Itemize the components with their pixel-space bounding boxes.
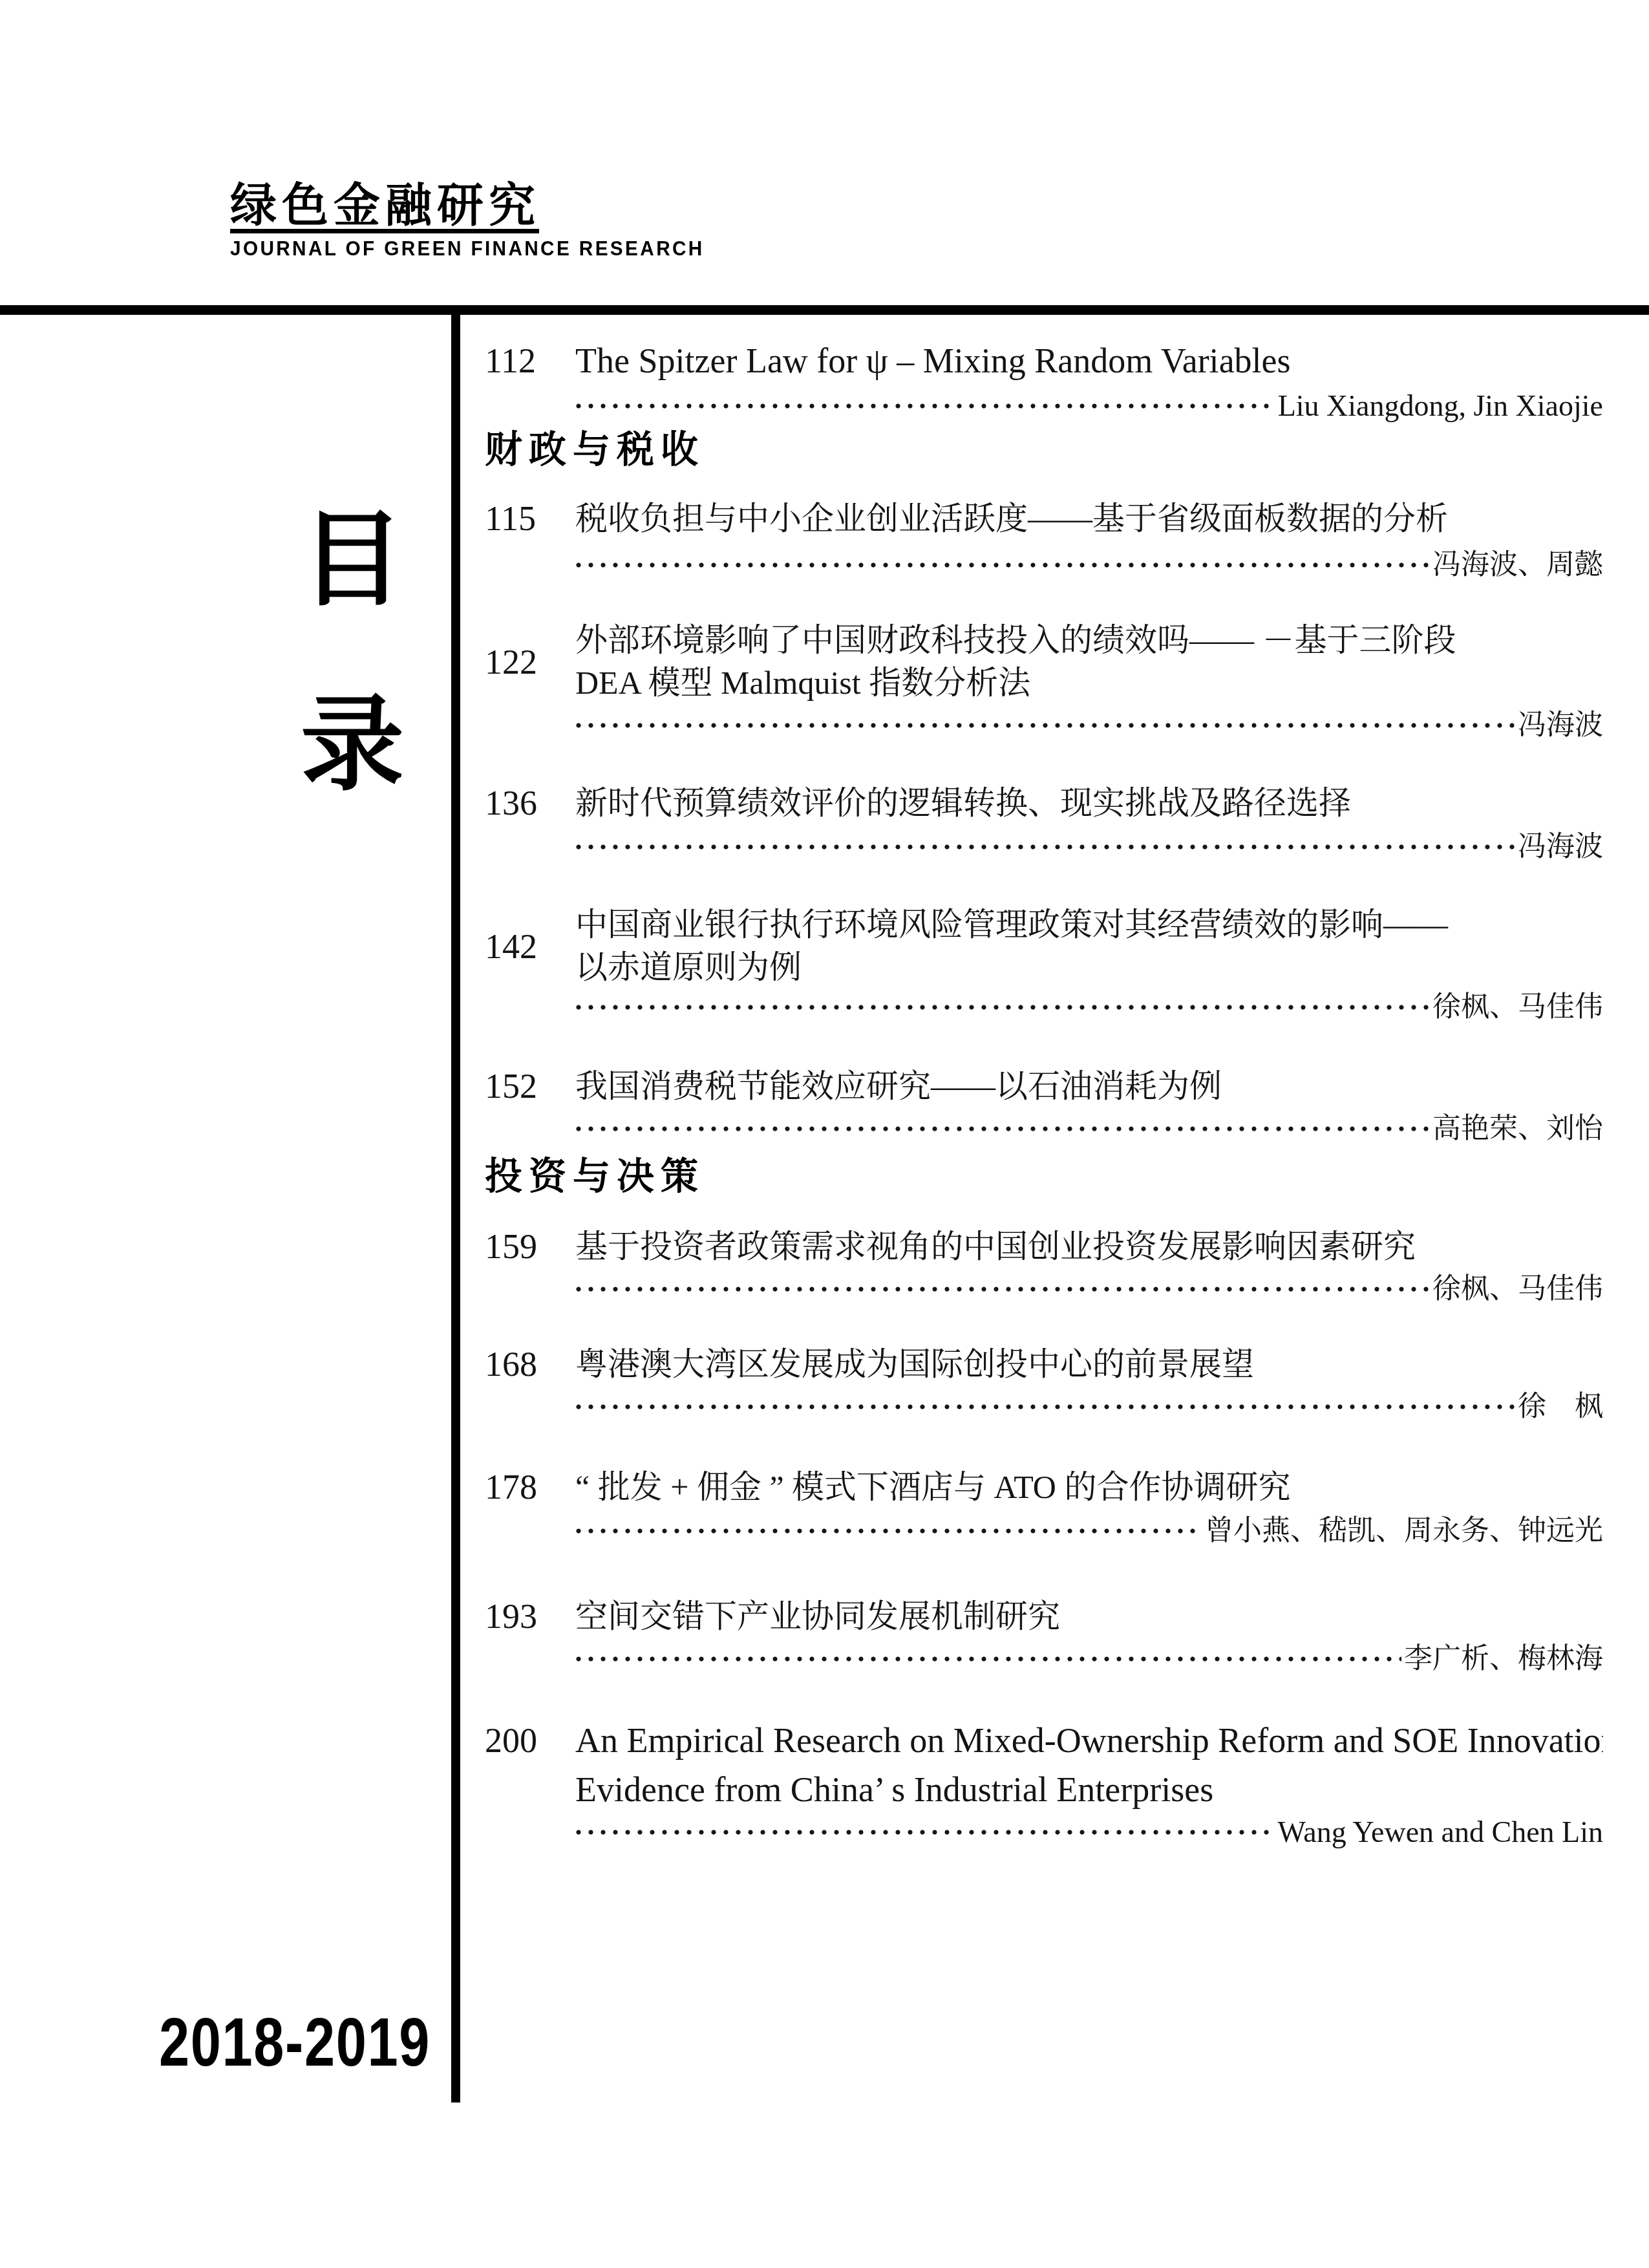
leader-dots: [575, 1655, 1401, 1663]
entry-authors: 徐 枫: [1518, 1389, 1603, 1425]
toc-section-header: 投资与决策: [485, 1156, 705, 1197]
leader-dots: [575, 1285, 1430, 1293]
entry-authors: 冯海波: [1518, 829, 1603, 865]
leader-dots: [575, 561, 1430, 569]
entry-leader-row: Wang Yewen and Chen Lin: [575, 1814, 1603, 1850]
entry-authors: 徐枫、马佳伟: [1432, 1271, 1603, 1307]
entry-page-number: 122: [485, 641, 569, 683]
entry-leader-row: 冯海波、周懿: [575, 547, 1603, 583]
entry-authors: 冯海波: [1518, 707, 1603, 744]
leader-dots: [575, 1403, 1515, 1411]
entry-leader-row: 李广析、梅林海: [575, 1641, 1603, 1677]
entry-title-line: An Empirical Research on Mixed-Ownership…: [575, 1720, 1603, 1761]
toc-section-header: 财政与税收: [485, 429, 705, 471]
entry-authors: 曾小燕、嵇凯、周永务、钟远光: [1205, 1513, 1603, 1549]
leader-dots: [575, 1003, 1430, 1011]
leader-dots: [575, 843, 1515, 851]
entry-leader-row: 徐 枫: [575, 1389, 1603, 1425]
entry-leader-row: 冯海波: [575, 829, 1603, 865]
entry-title-line: 外部环境影响了中国财政科技投入的绩效吗—— －基于三阶段: [575, 619, 1603, 661]
entry-page-number: 178: [485, 1466, 569, 1508]
entry-page-number: 159: [485, 1226, 569, 1267]
entry-title-line: 空间交错下产业协同发展机制研究: [575, 1596, 1603, 1637]
entry-page-number: 193: [485, 1596, 569, 1637]
leader-dots: [575, 1527, 1202, 1535]
entry-page-number: 142: [485, 926, 569, 967]
entry-authors: 徐枫、马佳伟: [1432, 989, 1603, 1025]
entry-authors: 李广析、梅林海: [1404, 1641, 1603, 1677]
entry-title-line: DEA 模型 Malmquist 指数分析法: [575, 662, 1603, 703]
entry-title-line: 中国商业银行执行环境风险管理政策对其经营绩效的影响——: [575, 904, 1603, 945]
entry-authors: Liu Xiangdong, Jin Xiaojie: [1278, 388, 1603, 424]
entry-page-number: 168: [485, 1343, 569, 1385]
contents-label-char-1: 目: [271, 508, 433, 612]
leader-dots: [575, 1828, 1275, 1836]
journal-toc-page: 绿色金融研究 JOURNAL OF GREEN FINANCE RESEARCH…: [0, 0, 1649, 2268]
entry-title-line: The Spitzer Law for ψ – Mixing Random Va…: [575, 340, 1603, 381]
leader-dots: [575, 1125, 1430, 1133]
entry-authors: 高艳荣、刘怡: [1432, 1111, 1603, 1147]
entry-page-number: 200: [485, 1720, 569, 1761]
entry-title-line: Evidence from China’ s Industrial Enterp…: [575, 1769, 1603, 1810]
entry-leader-row: 高艳荣、刘怡: [575, 1111, 1603, 1147]
entry-title-line: 粤港澳大湾区发展成为国际创投中心的前景展望: [575, 1343, 1603, 1385]
column-divider-line: [451, 305, 460, 2102]
toc-list: 112The Spitzer Law for ψ – Mixing Random…: [485, 0, 1603, 2268]
entry-leader-row: 冯海波: [575, 707, 1603, 744]
entry-page-number: 112: [485, 340, 569, 381]
entry-leader-row: 曾小燕、嵇凯、周永务、钟远光: [575, 1513, 1603, 1549]
entry-authors: 冯海波、周懿: [1432, 547, 1603, 583]
contents-label-char-2: 录: [271, 693, 433, 797]
entry-title-line: 基于投资者政策需求视角的中国创业投资发展影响因素研究: [575, 1226, 1603, 1267]
entry-title-line: 我国消费税节能效应研究——以石油消耗为例: [575, 1065, 1603, 1107]
entry-title-line: 新时代预算绩效评价的逻辑转换、现实挑战及路径选择: [575, 782, 1603, 824]
entry-leader-row: Liu Xiangdong, Jin Xiaojie: [575, 388, 1603, 424]
entry-title-line: 以赤道原则为例: [575, 947, 1603, 988]
year-range: 2018-2019: [159, 2008, 431, 2077]
entry-page-number: 115: [485, 498, 569, 539]
leader-dots: [575, 722, 1515, 729]
entry-title-line: 税收负担与中小企业创业活跃度——基于省级面板数据的分析: [575, 498, 1603, 539]
entry-leader-row: 徐枫、马佳伟: [575, 989, 1603, 1025]
entry-page-number: 152: [485, 1065, 569, 1107]
entry-page-number: 136: [485, 782, 569, 824]
entry-authors: Wang Yewen and Chen Lin: [1277, 1814, 1603, 1850]
leader-dots: [575, 402, 1275, 410]
entry-title-line: “ 批发 + 佣金 ” 模式下酒店与 ATO 的合作协调研究: [575, 1466, 1603, 1508]
entry-leader-row: 徐枫、马佳伟: [575, 1271, 1603, 1307]
